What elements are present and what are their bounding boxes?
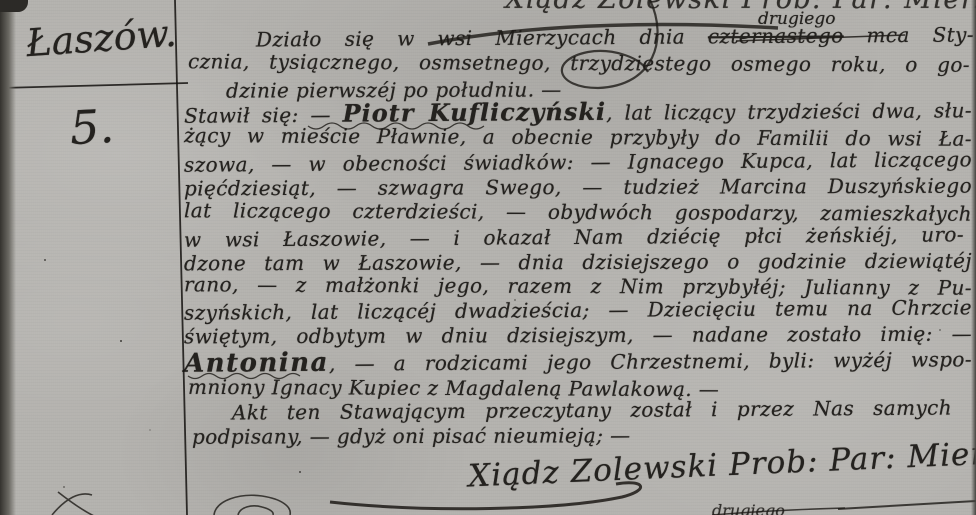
act-line-14-end: , — a rodzicami jego Chrzestnemi, byli: … (329, 347, 972, 375)
act-line-14: Antonina, — a rodzicami jego Chrzestnemi… (184, 345, 972, 377)
bottom-left-x-mark (52, 492, 94, 515)
act-line-8: lat liczącego czterdzieści, — obydwóch g… (184, 200, 972, 223)
previous-record-signature-fragment: Xiądz Zolewski Prob: Par: Mier. (505, 0, 976, 15)
father-name: Piotr Kufliczyński (342, 97, 606, 128)
scan-edge-shadow-left (0, 0, 16, 515)
next-record-letter-loop (214, 495, 290, 515)
act-line-10: dzone tam w Łaszowie, — dnia dzisiejszeg… (184, 251, 972, 274)
scan-edge-shadow-right (971, 0, 976, 515)
act-line-6: szowa, — w obecności świadków: — Ignaceg… (184, 149, 972, 175)
bottom-right-underline (838, 501, 976, 509)
act-line-13: świętym, odbytym w dniu dzisiejszym, — n… (184, 324, 972, 347)
next-record-correction-word: drugiego (712, 501, 785, 515)
act-line-1-end: mca Sty- (866, 22, 974, 47)
margin-horizontal-rule (0, 83, 188, 88)
act-line-9: w wsi Łaszowie, — i okazał Nam dziécię p… (184, 224, 964, 249)
act-line-2: cznia, tysiącznego, osmsetnego, trzydzie… (188, 51, 970, 74)
act-line-7: pięćdziesiąt, — szwagra Swego, — tudzież… (184, 176, 972, 199)
act-line-11: rano, — z małżonki jego, razem z Nim prz… (184, 274, 972, 297)
corrected-word-struck: czternastego (708, 23, 844, 48)
act-line-4-end: , lat liczący trzydzieści dwa, słu- (606, 98, 972, 125)
act-line-12: szyńskich, lat liczącéj dwadzieścia; — D… (184, 297, 972, 323)
margin-place-name: Łaszów. (25, 11, 178, 65)
act-line-17: podpisany, — gdyż oni pisać nieumieją; — (192, 423, 631, 449)
scanned-register-page: Xiądz Zolewski Prob: Par: Mier. Łaszów. … (0, 0, 976, 515)
scan-edge-shadow-corner (0, 0, 28, 12)
act-line-4: Stawił się: — Piotr Kufliczyński, lat li… (184, 97, 972, 127)
act-line-16: Akt ten Stawającym przeczytany został i … (232, 397, 952, 422)
act-line-5: żący w mieście Pławnie, a obecnie przyby… (184, 125, 972, 148)
act-number: 5. (69, 99, 116, 155)
act-line-1: Działo się w wsi Mierzycach dnia czterna… (256, 24, 974, 49)
act-line-1-text: Działo się w wsi Mierzycach dnia (256, 25, 685, 52)
